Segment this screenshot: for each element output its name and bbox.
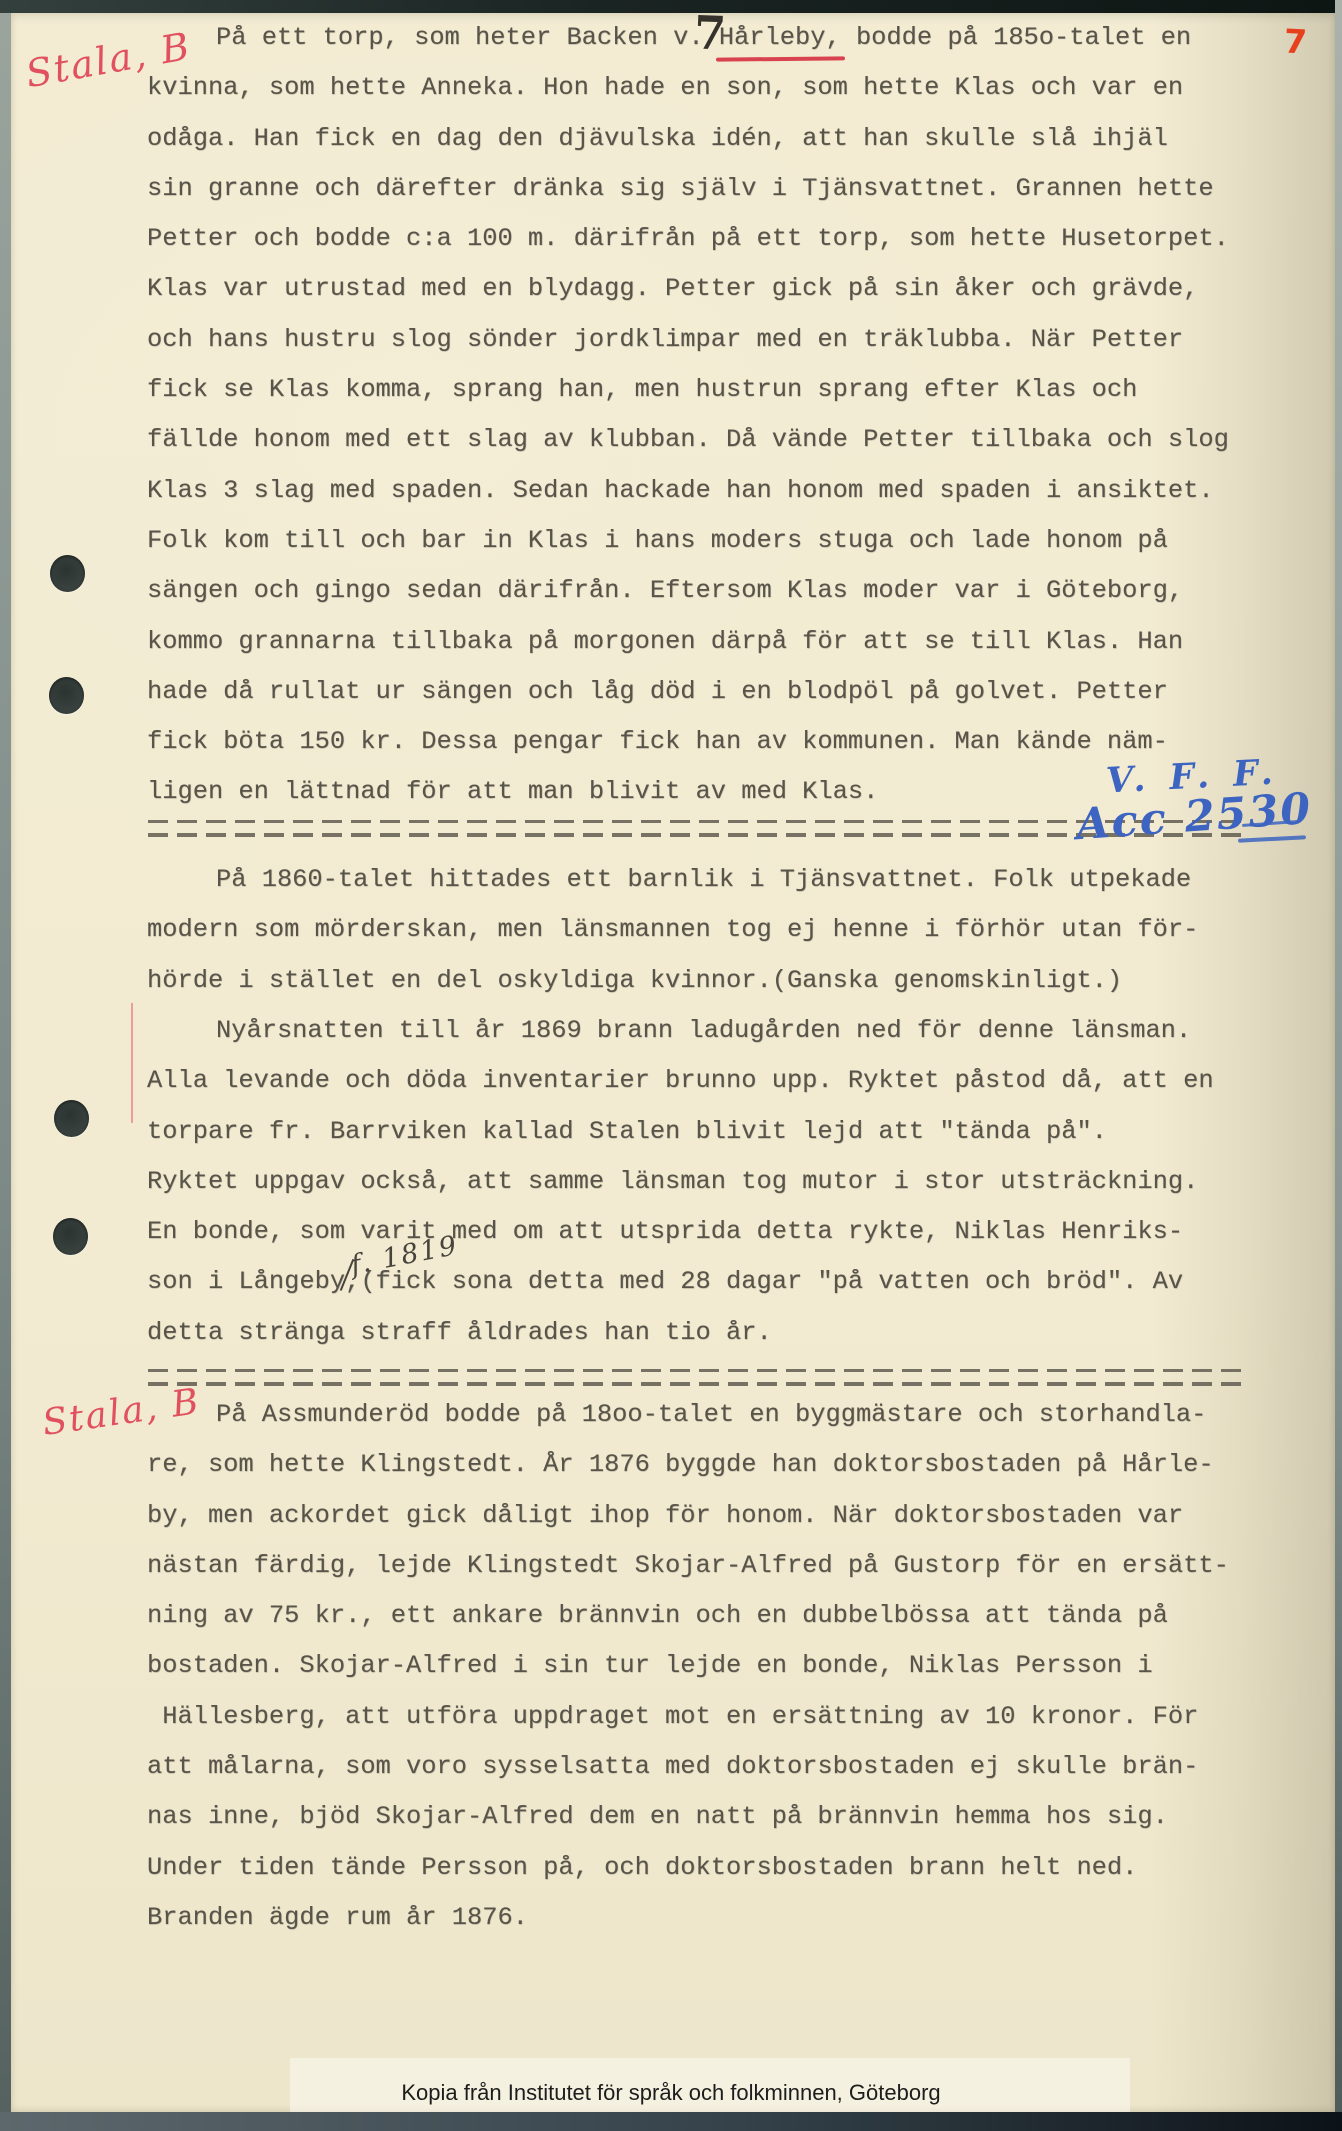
page-number-red: 7 (1283, 21, 1308, 61)
typed-line: bostaden. Skojar-Alfred i sin tur lejde … (147, 1641, 1229, 1691)
typed-paragraph-4: På Assmunderöd bodde på 18oo-talet en by… (147, 1390, 1229, 1943)
typed-line: Hällesberg, att utföra uppdraget mot en … (147, 1692, 1229, 1742)
typed-line: son i Långeby,(fick sona detta med 28 da… (147, 1257, 1214, 1307)
handwritten-seven: 7 (693, 5, 727, 60)
typed-line: nas inne, bjöd Skojar-Alfred dem en natt… (147, 1792, 1229, 1842)
typed-line: Petter och bodde c:a 100 m. därifrån på … (147, 214, 1229, 264)
typed-line: Klas 3 slag med spaden. Sedan hackade ha… (147, 466, 1229, 516)
typed-line: hade då rullat ur sängen och låg död i e… (147, 667, 1229, 717)
typed-paragraph-1: På ett torp, som heter Backen v. Hårleby… (147, 13, 1229, 818)
dash-row (148, 1369, 1246, 1372)
typed-line: fick böta 150 kr. Dessa pengar fick han … (147, 717, 1229, 767)
typed-line: sin granne och därefter dränka sig själv… (147, 164, 1229, 214)
typed-line: Under tiden tände Persson på, och doktor… (147, 1843, 1229, 1893)
typed-line: ning av 75 kr., ett ankare brännvin och … (147, 1591, 1229, 1641)
typed-line: Folk kom till och bar in Klas i hans mod… (147, 516, 1229, 566)
typed-line: nästan färdig, lejde Klingstedt Skojar-A… (147, 1541, 1229, 1591)
typed-line: På 1860-talet hittades ett barnlik i Tjä… (147, 855, 1198, 905)
dashed-separator (148, 1369, 1246, 1396)
page-right-edge (1335, 0, 1342, 2131)
red-margin-line (131, 1003, 133, 1123)
typed-line: Alla levande och döda inventarier brunno… (147, 1056, 1214, 1106)
typed-line: sängen och gingo sedan därifrån. Efterso… (147, 566, 1229, 616)
typed-line: ligen en lättnad för att man blivit av m… (147, 767, 1229, 817)
punch-hole (54, 1100, 89, 1137)
typed-line: kvinna, som hette Anneka. Hon hade en so… (147, 63, 1229, 113)
typed-line: detta stränga straff åldrades han tio år… (147, 1308, 1214, 1358)
typed-line: odåga. Han fick en dag den djävulska idé… (147, 114, 1229, 164)
typed-line: På ett torp, som heter Backen v. Hårleby… (147, 13, 1229, 63)
typed-line: by, men ackordet gick dåligt ihop för ho… (147, 1491, 1229, 1541)
typed-line: På Assmunderöd bodde på 18oo-talet en by… (147, 1390, 1229, 1440)
dash-row (148, 1382, 1246, 1385)
typed-line: En bonde, som varit med om att utsprida … (147, 1207, 1214, 1257)
page-left-edge (0, 13, 11, 2113)
typed-line: och hans hustru slog sönder jordklimpar … (147, 315, 1229, 365)
typed-line: torpare fr. Barrviken kallad Stalen bliv… (147, 1107, 1214, 1157)
typed-line: Nyårsnatten till år 1869 brann ladugårde… (147, 1006, 1214, 1056)
typed-line: fick se Klas komma, sprang han, men hust… (147, 365, 1229, 415)
typed-line: modern som mörderskan, men länsmannen to… (147, 905, 1198, 955)
typed-line: att målarna, som voro sysselsatta med do… (147, 1742, 1229, 1792)
punch-hole (53, 1218, 88, 1255)
typed-paragraph-3: Nyårsnatten till år 1869 brann ladugårde… (147, 1006, 1214, 1358)
typed-line: Ryktet uppgav också, att samme länsman t… (147, 1157, 1214, 1207)
typed-line: kommo grannarna tillbaka på morgonen där… (147, 617, 1229, 667)
scanner-background-top (0, 0, 1342, 14)
typed-line: Branden ägde rum år 1876. (147, 1893, 1229, 1943)
scanned-document-page: På ett torp, som heter Backen v. Hårleby… (0, 0, 1342, 2131)
typed-line: re, som hette Klingstedt. År 1876 byggde… (147, 1440, 1229, 1490)
typed-line: hörde i stället en del oskyldiga kvinnor… (147, 956, 1198, 1006)
punch-hole (50, 555, 85, 592)
scanner-background-bottom (0, 2112, 1342, 2131)
typed-line: fällde honom med ett slag av klubban. Då… (147, 415, 1229, 465)
punch-hole (49, 677, 84, 714)
typed-paragraph-2: På 1860-talet hittades ett barnlik i Tjä… (147, 855, 1198, 1006)
copy-source-label: Kopia från Institutet för språk och folk… (0, 2080, 1342, 2106)
typed-line: Klas var utrustad med en blydagg. Petter… (147, 264, 1229, 314)
